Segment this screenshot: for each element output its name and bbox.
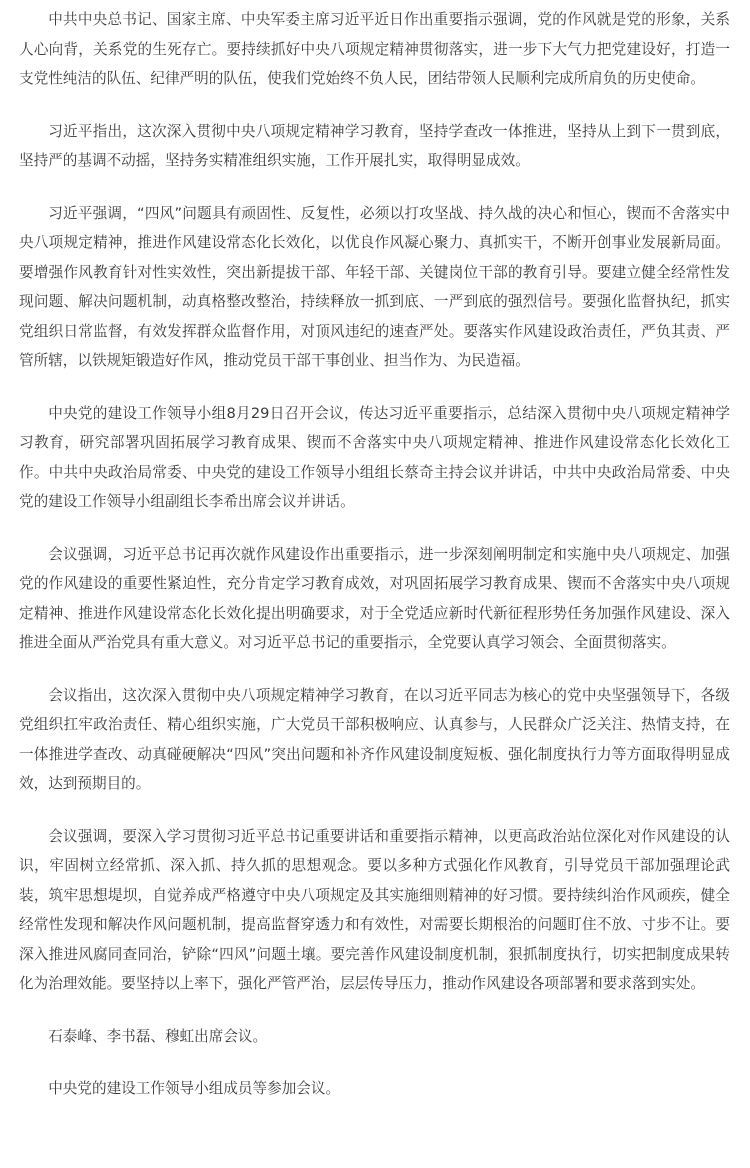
paragraph-participants: 中央党的建设工作领导小组成员等参加会议。 (19, 1074, 730, 1104)
paragraph-xi-points-out: 习近平指出，这次深入贯彻中央八项规定精神学习教育，坚持学查改一体推进，坚持从上到… (19, 117, 730, 176)
paragraph-attendees: 石泰峰、李书磊、穆虹出席会议。 (19, 1022, 730, 1052)
paragraph-meeting-points-out: 会议指出，这次深入贯彻中央八项规定精神学习教育，在以习近平同志为核心的党中央坚强… (19, 681, 730, 799)
paragraph-meeting-requirements: 会议强调，要深入学习贯彻习近平总书记重要讲话和重要指示精神，以更高政治站位深化对… (19, 822, 730, 999)
article-body: 中共中央总书记、国家主席、中央军委主席习近平近日作出重要指示强调，党的作风就是党… (0, 0, 750, 1104)
paragraph-meeting-held: 中央党的建设工作领导小组8月29日召开会议，传达习近平重要指示，总结深入贯彻中央… (19, 399, 730, 517)
paragraph-instruction-summary: 中共中央总书记、国家主席、中央军委主席习近平近日作出重要指示强调，党的作风就是党… (19, 5, 730, 94)
paragraph-xi-emphasizes: 习近平强调，“四风”问题具有顽固性、反复性，必须以打攻坚战、持久战的决心和恒心，… (19, 199, 730, 376)
paragraph-meeting-emphasizes: 会议强调，习近平总书记再次就作风建设作出重要指示，进一步深刻阐明制定和实施中央八… (19, 540, 730, 658)
